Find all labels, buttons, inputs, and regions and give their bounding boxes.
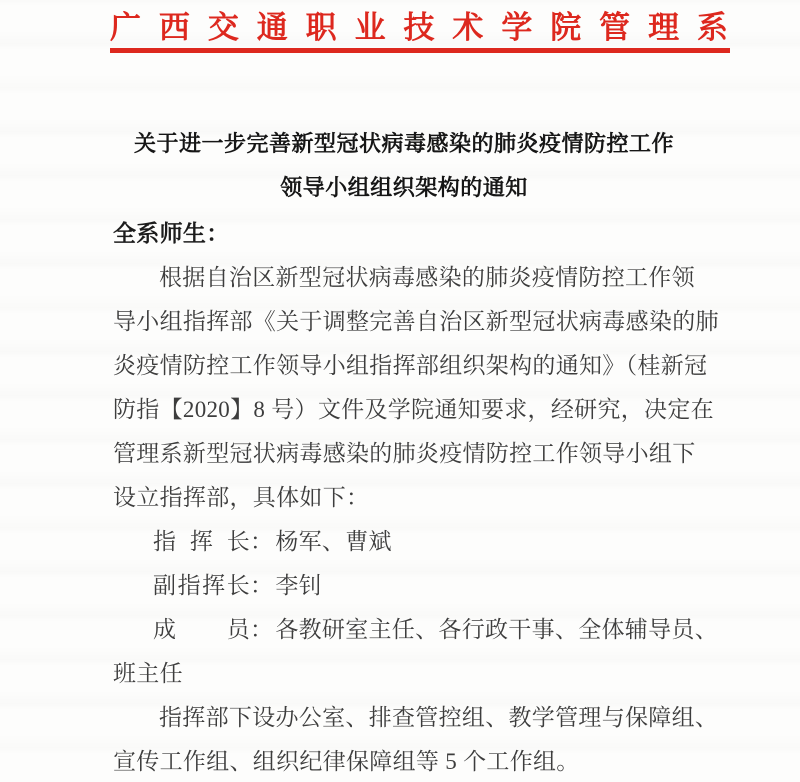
- paragraph1-line: 炎疫情防控工作领导小组指挥部组织架构的通知》（桂新冠: [113, 344, 713, 388]
- role-value-commander: 杨军、曹斌: [273, 529, 392, 554]
- doc-title-line2: 领导小组组织架构的通知: [100, 166, 708, 210]
- paragraph1-line: 设立指挥部，具体如下：: [113, 476, 713, 520]
- role-colon: ：: [250, 564, 273, 608]
- role-value-members: 各教研室主任、各行政干事、全体辅导员、: [273, 617, 718, 642]
- role-line-commander: 指挥长：杨军、曹斌: [113, 520, 713, 564]
- role-line-members: 成员：各教研室主任、各行政干事、全体辅导员、: [113, 608, 713, 652]
- paragraph2-line: 宣传工作组、组织纪律保障组等 5 个工作组。: [113, 740, 713, 782]
- paragraph1-line: 根据自治区新型冠状病毒感染的肺炎疫情防控工作领: [113, 256, 713, 300]
- role-value-deputy: 李钊: [273, 573, 322, 598]
- scanned-notice-page: 广西交通职业技术学院管理系 关于进一步完善新型冠状病毒感染的肺炎疫情防控工作 领…: [0, 0, 800, 782]
- role-label-members: 成员: [153, 608, 250, 652]
- header-underline-rule: [110, 48, 730, 53]
- paragraph1-line: 导小组指挥部《关于调整完善自治区新型冠状病毒感染的肺: [113, 300, 713, 344]
- paragraph2-line: 指挥部下设办公室、排查管控组、教学管理与保障组、: [113, 696, 713, 740]
- salutation: 全系师生：: [113, 212, 713, 256]
- role-members-continuation: 班主任: [113, 652, 713, 696]
- notice-body: 全系师生： 根据自治区新型冠状病毒感染的肺炎疫情防控工作领 导小组指挥部《关于调…: [113, 212, 713, 782]
- doc-title: 关于进一步完善新型冠状病毒感染的肺炎疫情防控工作 领导小组组织架构的通知: [100, 122, 708, 210]
- doc-title-line1: 关于进一步完善新型冠状病毒感染的肺炎疫情防控工作: [100, 122, 708, 166]
- role-label-commander: 指挥长: [153, 520, 250, 564]
- paragraph1-line: 防指【2020】8 号）文件及学院通知要求，经研究，决定在: [113, 388, 713, 432]
- role-line-deputy: 副指挥长：李钊: [113, 564, 713, 608]
- role-colon: ：: [250, 608, 273, 652]
- role-colon: ：: [250, 520, 273, 564]
- org-header-title: 广西交通职业技术学院管理系: [110, 8, 728, 48]
- paragraph1-line: 管理系新型冠状病毒感染的肺炎疫情防控工作领导小组下: [113, 432, 713, 476]
- role-label-deputy: 副指挥长: [153, 564, 250, 608]
